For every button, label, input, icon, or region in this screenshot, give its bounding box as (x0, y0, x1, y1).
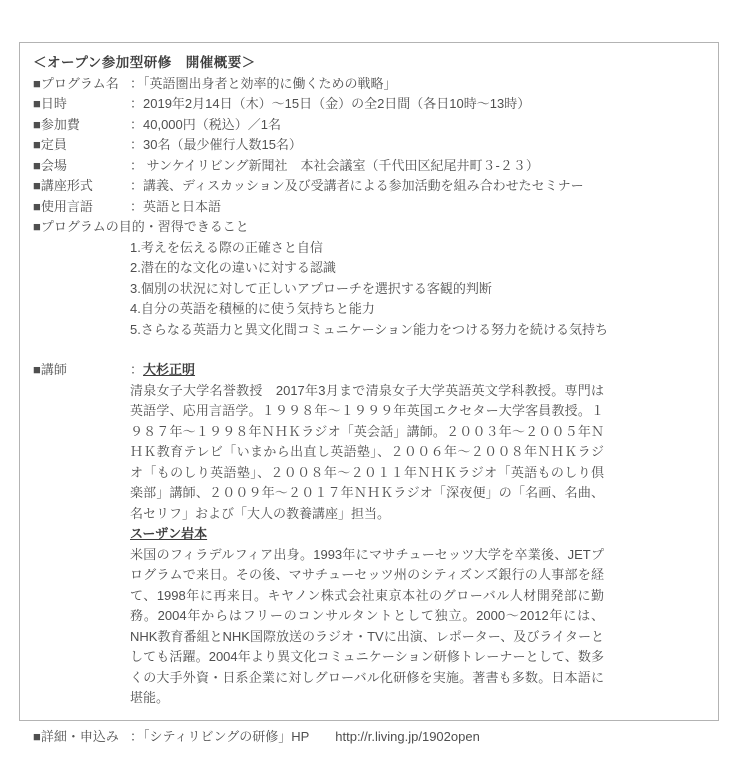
row-label: ■使用言語 (33, 197, 130, 218)
lecturer-name: スーザン岩本 (130, 524, 604, 545)
row-label: ■会場 (33, 156, 130, 177)
objective-item: 2.潜在的な文化の違いに対する認識 (130, 258, 705, 279)
objective-item: 5.さらなる英語力と異文化間コミュニケーション能力をつける努力を続ける気持ち (130, 320, 705, 341)
row-value: ：講義、ディスカッション及び受講者による参加活動を組み合わせたセミナー (130, 176, 705, 197)
lecturers-colon: ： (130, 362, 143, 377)
details-row: ■詳細・申込み ：「シティリビングの研修」HPhttp://r.living.j… (33, 727, 705, 748)
lecturers-label: ■講師 (33, 360, 130, 381)
info-row-venue: ■会場 ： サンケイリビング新聞社 本社会議室（千代田区紀尾井町３-２３） (33, 156, 705, 177)
row-value: ：2019年2月14日（木）～15日（金）の全2日間（各日10時～13時） (130, 94, 705, 115)
row-label: ■プログラム名 (33, 74, 130, 95)
seminar-overview-panel: ＜オープン参加型研修 開催概要＞ ■プログラム名 ：「英語圏出身者と効率的に働く… (19, 42, 719, 721)
info-row-capacity: ■定員 ：30名（最少催行人数15名） (33, 135, 705, 156)
row-value: ：英語と日本語 (130, 197, 705, 218)
objective-item: 3.個別の状況に対して正しいアプローチを選択する客観的判断 (130, 279, 705, 300)
lecturers-section: ■講師 ：大杉正明 清泉女子大学名誉教授 2017年3月まで清泉女子大学英語英文… (33, 360, 705, 709)
row-label: ■日時 (33, 94, 130, 115)
lecturer-name: 大杉正明 (143, 362, 195, 377)
info-row-datetime: ■日時 ：2019年2月14日（木）～15日（金）の全2日間（各日10時～13時… (33, 94, 705, 115)
row-value: ：「英語圏出身者と効率的に働くための戦略」 (130, 74, 705, 95)
lecturers-column: ：大杉正明 清泉女子大学名誉教授 2017年3月まで清泉女子大学英語英文学科教授… (130, 360, 604, 709)
objective-item: 1.考えを伝える際の正確さと自信 (130, 238, 705, 259)
row-value: ：30名（最少催行人数15名） (130, 135, 705, 156)
info-row-program-name: ■プログラム名 ：「英語圏出身者と効率的に働くための戦略」 (33, 74, 705, 95)
row-value: ：40,000円（税込）／1名 (130, 115, 705, 136)
details-label: ■詳細・申込み (33, 727, 130, 748)
info-row-format: ■講座形式 ：講義、ディスカッション及び受講者による参加活動を組み合わせたセミナ… (33, 176, 705, 197)
objective-item: 4.自分の英語を積極的に使う気持ちと能力 (130, 299, 705, 320)
info-row-fee: ■参加費 ：40,000円（税込）／1名 (33, 115, 705, 136)
document-sheet: ＜オープン参加型研修 開催概要＞ ■プログラム名 ：「英語圏出身者と効率的に働く… (0, 0, 740, 764)
lecturer-name-line: ：大杉正明 (130, 360, 604, 381)
row-value: ： サンケイリビング新聞社 本社会議室（千代田区紀尾井町３-２３） (130, 156, 705, 177)
row-label: ■講座形式 (33, 176, 130, 197)
row-label: ■定員 (33, 135, 130, 156)
lecturer-bio: 米国のフィラデルフィア出身。1993年にマサチューセッツ大学を卒業後、JETプロ… (130, 545, 604, 709)
document-title: ＜オープン参加型研修 開催概要＞ (33, 53, 705, 74)
objectives-heading: ■プログラムの目的・習得できること (33, 217, 705, 238)
details-site-name: ：「シティリビングの研修」HP (130, 729, 309, 744)
lecturer-bio: 清泉女子大学名誉教授 2017年3月まで清泉女子大学英語英文学科教授。専門は英語… (130, 381, 604, 525)
details-url: http://r.living.jp/1902open (335, 729, 480, 744)
row-label: ■参加費 (33, 115, 130, 136)
info-row-language: ■使用言語 ：英語と日本語 (33, 197, 705, 218)
details-value: ：「シティリビングの研修」HPhttp://r.living.jp/1902op… (130, 727, 705, 748)
